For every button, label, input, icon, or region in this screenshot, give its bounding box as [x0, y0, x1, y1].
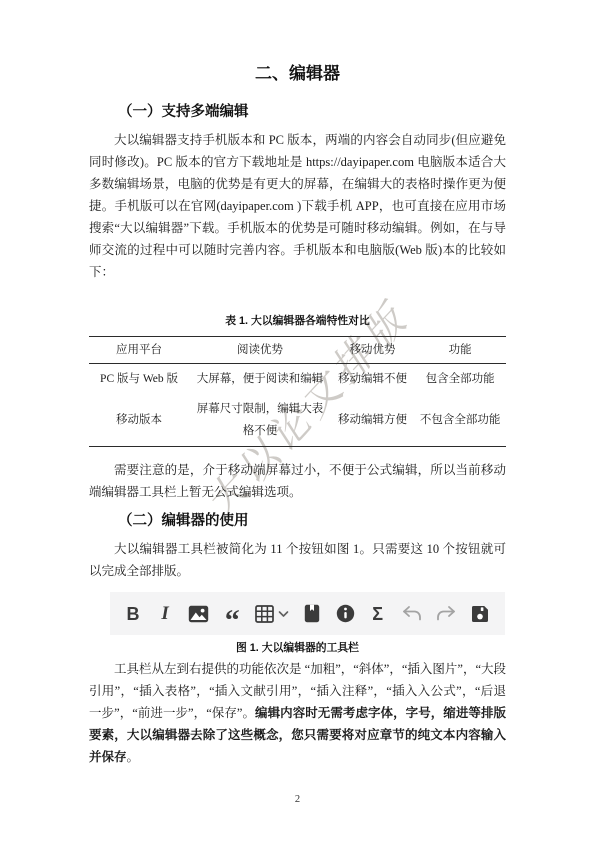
insert-table-button	[255, 601, 289, 627]
undo-icon	[401, 605, 422, 622]
section-heading-1: （一）支持多端编辑	[89, 102, 506, 123]
editor-toolbar-figure: B I “	[110, 592, 505, 635]
undo-button	[401, 601, 422, 627]
cell-reading-mobile: 屏幕尺寸限制，编辑大表格不便	[189, 394, 331, 447]
insert-note-button	[336, 601, 355, 627]
cell-platform-mobile: 移动版本	[89, 394, 189, 447]
redo-button	[436, 601, 457, 627]
col-header-function: 功能	[414, 337, 506, 364]
section-heading-2: （二）编辑器的使用	[89, 511, 506, 532]
redo-icon	[436, 605, 457, 622]
book-bookmark-icon	[304, 604, 320, 623]
table-header-row: 应用平台 阅读优势 移动优势 功能	[89, 337, 506, 364]
table-row: PC 版与 Web 版 大屏幕，便于阅读和编辑 移动编辑不便 包含全部功能	[89, 364, 506, 395]
page-content: 二、编辑器 （一）支持多端编辑 大以编辑器支持手机版本和 PC 版本，两端的内容…	[0, 0, 595, 768]
sigma-icon: Σ	[372, 605, 383, 623]
paragraph-toolbar-intro: 大以编辑器工具栏被简化为 11 个按钮如图 1。只需要这 10 个按钮就可以完成…	[89, 538, 506, 582]
table-caption: 表 1. 大以编辑器各端特性对比	[89, 313, 506, 329]
document-page: 大以论文排版 二、编辑器 （一）支持多端编辑 大以编辑器支持手机版本和 PC 版…	[0, 0, 595, 842]
table-header: 应用平台 阅读优势 移动优势 功能	[89, 337, 506, 364]
chevron-down-icon	[278, 610, 289, 618]
comparison-table: 应用平台 阅读优势 移动优势 功能 PC 版与 Web 版 大屏幕，便于阅读和编…	[89, 336, 506, 447]
insert-formula-button: Σ	[369, 601, 387, 627]
table-row: 移动版本 屏幕尺寸限制，编辑大表格不便 移动编辑方便 不包含全部功能	[89, 394, 506, 447]
cell-platform-pc: PC 版与 Web 版	[89, 364, 189, 395]
cell-function-pc: 包含全部功能	[414, 364, 506, 395]
save-icon	[471, 605, 489, 623]
paragraph-formula-note: 需要注意的是，介于移动端屏幕过小，不便于公式编辑，所以当前移动端编辑器工具栏上暂…	[89, 459, 506, 503]
italic-icon: I	[161, 604, 168, 623]
paragraph-tail: 。	[127, 750, 140, 764]
insert-image-button	[188, 601, 209, 627]
paragraph-multiend: 大以编辑器支持手机版本和 PC 版本，两端的内容会自动同步(但应避免同时修改)。…	[89, 129, 506, 283]
insert-citation-button	[303, 601, 321, 627]
save-button	[471, 601, 489, 627]
bold-button: B	[124, 601, 142, 627]
cell-reading-pc: 大屏幕，便于阅读和编辑	[189, 364, 331, 395]
figure-caption: 图 1. 大以编辑器的工具栏	[89, 640, 506, 656]
image-icon	[188, 605, 209, 623]
quote-icon: “	[225, 615, 240, 627]
col-header-reading: 阅读优势	[189, 337, 331, 364]
page-number: 2	[0, 794, 595, 805]
bold-icon: B	[127, 605, 140, 623]
info-icon	[336, 604, 355, 623]
cell-mobility-mobile: 移动编辑方便	[331, 394, 414, 447]
col-header-platform: 应用平台	[89, 337, 189, 364]
chapter-title: 二、编辑器	[89, 62, 506, 86]
paragraph-toolbar-functions: 工具栏从左到右提供的功能依次是 “加粗”，“斜体”，“插入图片”，“大段引用”，…	[89, 658, 506, 768]
table-icon	[255, 605, 274, 623]
blockquote-button: “	[223, 601, 241, 627]
cell-function-mobile: 不包含全部功能	[414, 394, 506, 447]
italic-button: I	[156, 601, 174, 627]
cell-mobility-pc: 移动编辑不便	[331, 364, 414, 395]
col-header-mobility: 移动优势	[331, 337, 414, 364]
